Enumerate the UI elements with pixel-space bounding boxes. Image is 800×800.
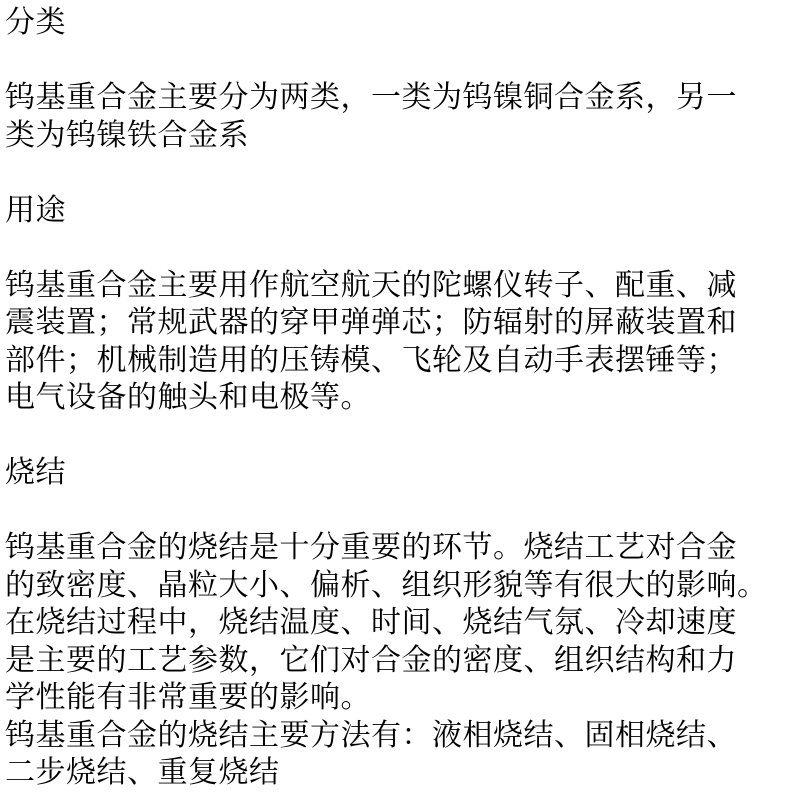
paragraph-line: 钨基重合金的烧结是十分重要的环节。烧结工艺对合金 [5,529,800,567]
paragraph-line: 二步烧结、重复烧结 [5,754,800,792]
section-heading: 用途 [5,192,800,230]
paragraph-line: 的致密度、晶粒大小、偏析、组织形貌等有很大的影响。 [5,567,800,605]
spacer [5,42,800,80]
spacer [5,154,800,192]
section-heading: 分类 [5,4,800,42]
spacer [5,229,800,267]
paragraph-line: 在烧结过程中，烧结温度、时间、烧结气氛、冷却速度 [5,604,800,642]
section-heading: 烧结 [5,454,800,492]
paragraph-line: 类为钨镍铁合金系 [5,117,800,155]
paragraph-line: 电气设备的触头和电极等。 [5,379,800,417]
paragraph-line: 钨基重合金的烧结主要方法有：液相烧结、固相烧结、 [5,717,800,755]
paragraph-line: 钨基重合金主要分为两类，一类为钨镍铜合金系，另一 [5,79,800,117]
paragraph-line: 部件；机械制造用的压铸模、飞轮及自动手表摆锤等； [5,342,800,380]
spacer [5,492,800,530]
paragraph-line: 震装置；常规武器的穿甲弹弹芯；防辐射的屏蔽装置和 [5,304,800,342]
spacer [5,417,800,455]
section-classification: 分类 钨基重合金主要分为两类，一类为钨镍铜合金系，另一 类为钨镍铁合金系 [5,4,800,192]
document: 分类 钨基重合金主要分为两类，一类为钨镍铜合金系，另一 类为钨镍铁合金系 用途 … [0,0,800,792]
paragraph-line: 钨基重合金主要用作航空航天的陀螺仪转子、配重、减 [5,267,800,305]
section-usage: 用途 钨基重合金主要用作航空航天的陀螺仪转子、配重、减 震装置；常规武器的穿甲弹… [5,192,800,455]
paragraph-line: 学性能有非常重要的影响。 [5,679,800,717]
paragraph-line: 是主要的工艺参数，它们对合金的密度、组织结构和力 [5,642,800,680]
section-sintering: 烧结 钨基重合金的烧结是十分重要的环节。烧结工艺对合金 的致密度、晶粒大小、偏析… [5,454,800,792]
